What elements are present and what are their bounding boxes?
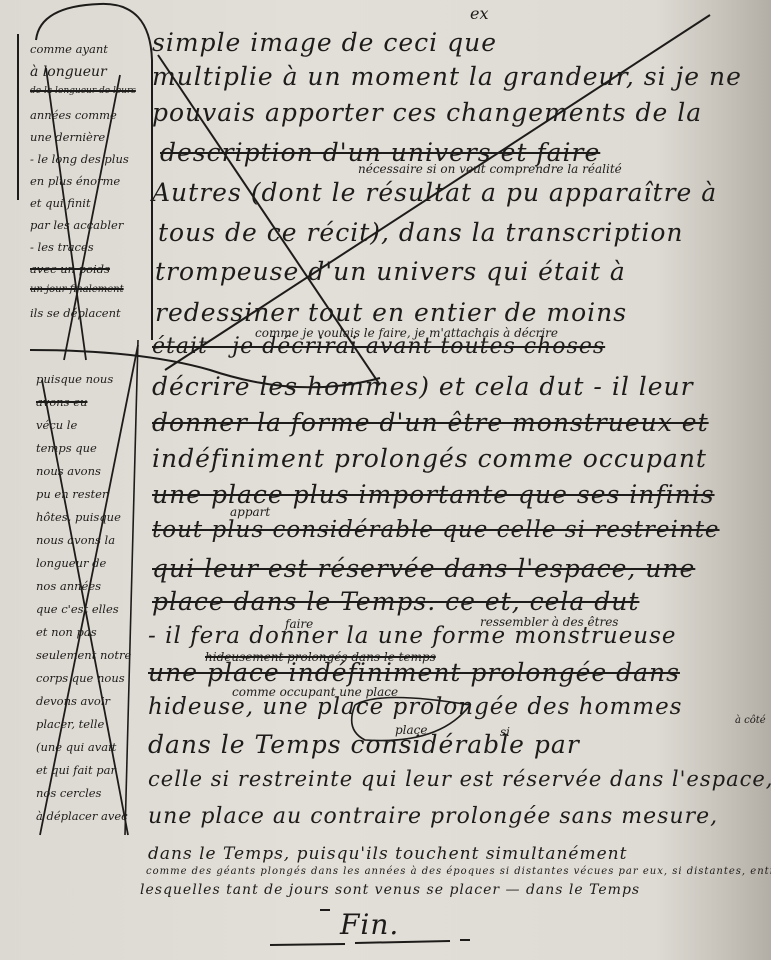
margin-note: (une qui avait xyxy=(36,740,136,763)
main-line: redessiner tout en entier de moins xyxy=(155,298,627,327)
insertion: si xyxy=(500,725,510,739)
margin-note: hôtes, puisque xyxy=(36,510,136,533)
margin-note: que c'est elles xyxy=(36,602,136,625)
margin-note: et qui fait par xyxy=(36,763,136,786)
insertion: appart xyxy=(230,505,270,519)
margin-note: temps que xyxy=(36,441,136,464)
margin-note: corps que nous xyxy=(36,671,136,694)
main-line: trompeuse d'un univers qui était à xyxy=(155,257,626,286)
insertion: faire xyxy=(285,617,313,631)
margin-note: - les traces xyxy=(30,240,150,262)
margin-note: nos années xyxy=(36,579,136,602)
main-line: celle si restreinte qui leur est réservé… xyxy=(148,767,771,791)
insertion: nécessaire si on veut comprendre la réal… xyxy=(358,162,622,176)
insertion: comme occupant une place xyxy=(232,685,398,699)
main-line: indéfiniment prolongés comme occupant xyxy=(152,444,707,473)
main-line: décrire les hommes) et cela dut - il leu… xyxy=(152,372,694,401)
main-line: tous de ce récit), dans la transcription xyxy=(158,218,684,247)
main-line-struck: place dans le Temps. ce et, cela dut xyxy=(152,587,639,616)
main-line: simple image de ceci que xyxy=(152,28,497,57)
margin-notes-bottom: puisque nous avons eu vécu le temps que … xyxy=(36,372,136,832)
small-line: comme des géants plongés dans les années… xyxy=(146,866,771,877)
margin-note: à longueur xyxy=(30,64,150,86)
margin-note: puisque nous xyxy=(36,372,136,395)
insertion: à côté xyxy=(735,715,766,726)
margin-note: vécu le xyxy=(36,418,136,441)
margin-note: de la longueur de leurs xyxy=(30,86,150,108)
insertion: hideusement prolongés dans le temps xyxy=(205,650,436,664)
insertion: place xyxy=(395,723,428,737)
margin-note: un jour finalement xyxy=(30,284,150,306)
main-line: dans le Temps considérable par xyxy=(148,730,580,759)
small-line: lesquelles tant de jours sont venus se p… xyxy=(140,882,640,898)
main-line: multiplie à un moment la grandeur, si je… xyxy=(152,62,742,91)
margin-notes-top: comme ayant à longueur de la longueur de… xyxy=(30,42,150,328)
insertion: comme je voulais le faire, je m'attachai… xyxy=(255,326,558,340)
margin-note: longueur de xyxy=(36,556,136,579)
main-line: hideuse, une place prolongée des hommes xyxy=(148,694,682,720)
margin-note: seulement notre xyxy=(36,648,136,671)
margin-note: années comme xyxy=(30,108,150,130)
margin-note: avons eu xyxy=(36,395,136,418)
insertion: ressembler à des êtres xyxy=(480,615,618,629)
fin-ending: Fin. xyxy=(340,908,399,941)
margin-note: nous avons xyxy=(36,464,136,487)
margin-note: à déplacer avec xyxy=(36,809,136,832)
margin-note: devons avoir xyxy=(36,694,136,717)
main-line: une place au contraire prolongée sans me… xyxy=(148,804,718,829)
insertion: ex xyxy=(470,4,489,23)
main-line: pouvais apporter ces changements de la xyxy=(152,98,702,127)
margin-note: pu en rester xyxy=(36,487,136,510)
main-line-struck: donner la forme d'un être monstrueux et xyxy=(152,408,709,437)
margin-note: nos cercles xyxy=(36,786,136,809)
margin-note: une dernière xyxy=(30,130,150,152)
margin-note: - le long des plus xyxy=(30,152,150,174)
main-line: Autres (dont le résultat a pu apparaître… xyxy=(152,178,717,207)
main-line-struck: qui leur est réservée dans l'espace, une xyxy=(152,554,695,583)
margin-note: nous avons la xyxy=(36,533,136,556)
margin-note: par les accabler xyxy=(30,218,150,240)
small-line: dans le Temps, puisqu'ils touchent simul… xyxy=(148,844,627,864)
margin-note: avec un poids xyxy=(30,262,150,284)
margin-note: et qui finit xyxy=(30,196,150,218)
margin-note: placer, telle xyxy=(36,717,136,740)
margin-note: comme ayant xyxy=(30,42,150,64)
margin-note: ils se déplacent xyxy=(30,306,150,328)
manuscript-page: simple image de ceci que multiplie à un … xyxy=(0,0,771,960)
main-line-struck: tout plus considérable que celle si rest… xyxy=(152,517,720,543)
margin-note: en plus énorme xyxy=(30,174,150,196)
margin-note: et non pas xyxy=(36,625,136,648)
